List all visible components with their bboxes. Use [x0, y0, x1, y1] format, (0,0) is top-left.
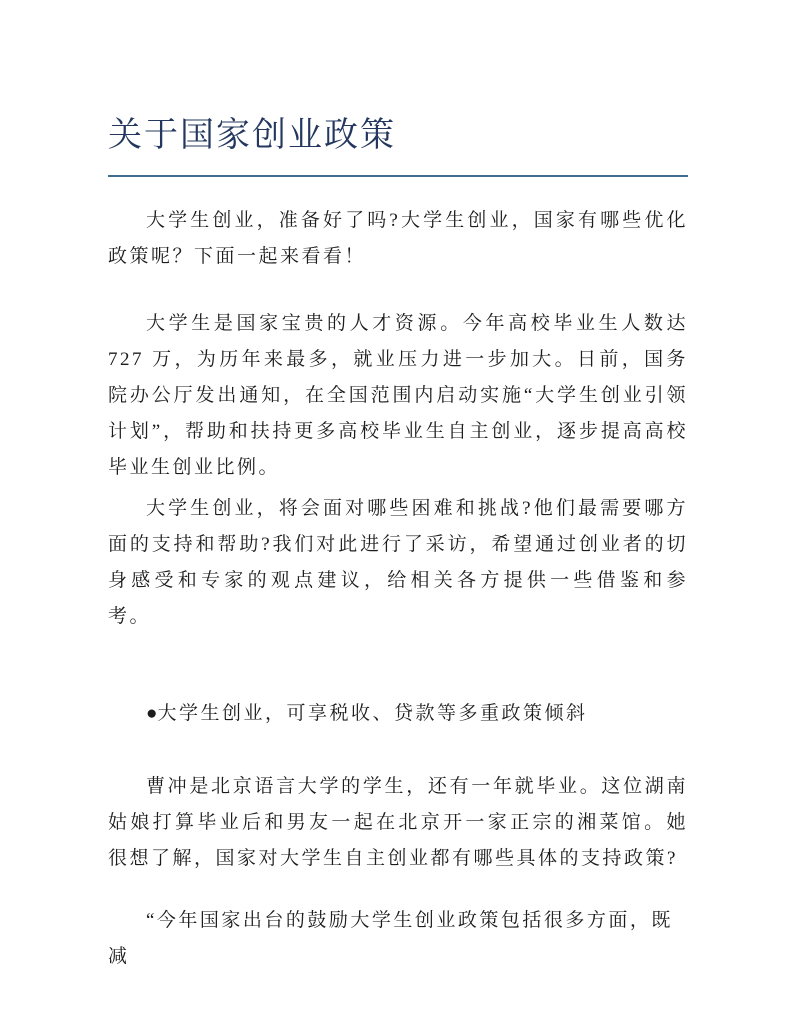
page-title: 关于国家创业政策	[108, 113, 688, 177]
caochong-paragraph: 曹冲是北京语言大学的学生，还有一年就毕业。这位湖南姑娘打算毕业后和男友一起在北京…	[108, 769, 688, 877]
intro-paragraph: 大学生创业，准备好了吗?大学生创业，国家有哪些优化政策呢？下面一起来看看！	[108, 203, 688, 275]
policy-overview-paragraph: 大学生是国家宝贵的人才资源。今年高校毕业生人数达 727 万，为历年来最多，就业…	[108, 306, 688, 486]
interview-paragraph: 大学生创业，将会面对哪些困难和挑战?他们最需要哪方面的支持和帮助?我们对此进行了…	[108, 491, 688, 635]
document-page: 关于国家创业政策 大学生创业，准备好了吗?大学生创业，国家有哪些优化政策呢？下面…	[0, 0, 800, 1036]
section-heading-bullet: ●大学生创业，可享税收、贷款等多重政策倾斜	[108, 696, 688, 732]
bullet-icon: ●	[146, 703, 157, 724]
section-heading-text: 大学生创业，可享税收、贷款等多重政策倾斜	[157, 703, 587, 724]
quote-paragraph: “今年国家出台的鼓励大学生创业政策包括很多方面，既减	[108, 903, 688, 975]
